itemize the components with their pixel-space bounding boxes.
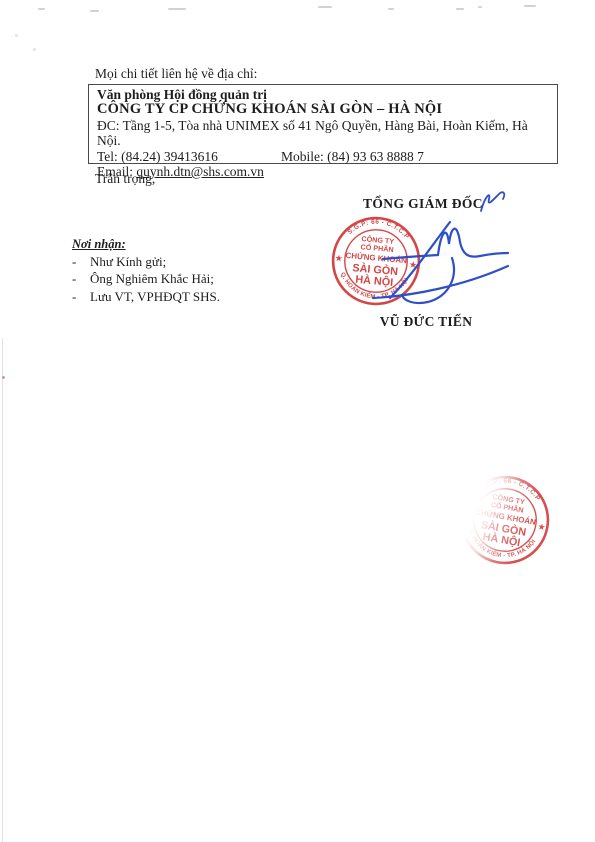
email-address: quynh.dtn@shs.com.vn [136,164,264,179]
company-seal-stamp-faded: S.G.P: 66 - C.T.C.P Q. HOÀN KIẾM - TP. H… [445,460,565,580]
scan-artifact [90,10,99,12]
seal-graphic: S.G.P: 66 - C.T.C.P Q. HOÀN KIẾM - TP. H… [445,460,565,580]
mobile-number: Mobile: (84) 93 63 8888 7 [281,149,424,164]
scan-artifact [456,8,464,10]
scan-artifact [478,6,482,8]
signature-ink [368,212,520,312]
scanned-letter-page: Mọi chi tiết liên hệ về địa chỉ: Văn phò… [0,0,595,842]
contact-intro-text: Mọi chi tiết liên hệ về địa chỉ: [95,66,257,82]
scan-artifact [388,8,394,10]
recipient-item: - Như Kính gửi; [72,254,292,270]
company-name: CÔNG TY CP CHỨNG KHOÁN SÀI GÒN – HÀ NỘI [97,102,551,117]
seal-left-star-icon: ★ [335,253,344,263]
recipient-text: Ông Nghiêm Khắc Hải; [90,271,214,287]
recipient-text: Lưu VT, VPHĐQT SHS. [90,289,220,305]
scan-red-speck [2,376,5,379]
signer-name: VŨ ĐỨC TIẾN [365,314,487,330]
phone-line: Tel: (84.24) 39413616Mobile: (84) 93 63 … [97,149,551,164]
recipient-bullet: - [72,289,76,305]
scan-artifact [15,34,18,37]
handwritten-signature [368,212,520,312]
scan-artifact [38,8,45,10]
scan-artifact [524,5,536,7]
recipient-bullet: - [72,271,76,287]
recipient-bullet: - [72,254,76,270]
scan-artifact [168,8,186,10]
recipient-text: Như Kính gửi; [90,254,166,270]
seal-left-star-icon: ★ [464,509,473,519]
address-line: ĐC: Tầng 1-5, Tòa nhà UNIMEX số 41 Ngô Q… [97,118,551,149]
closing-text: Trân trọng, [95,171,155,187]
email-line: Email: quynh.dtn@shs.com.vn [97,164,551,179]
scan-artifact [318,6,332,8]
scan-edge-line [2,338,3,842]
tel-number: Tel: (84.24) 39413616 [97,149,281,164]
recipient-item: - Ông Nghiêm Khắc Hải; [72,271,292,287]
scan-artifact [33,48,36,51]
recipient-item: - Lưu VT, VPHĐQT SHS. [72,289,292,305]
contact-info-box: Văn phòng Hội đồng quản trị CÔNG TY CP C… [88,84,558,164]
recipients-heading: Nơi nhận: [72,237,126,252]
